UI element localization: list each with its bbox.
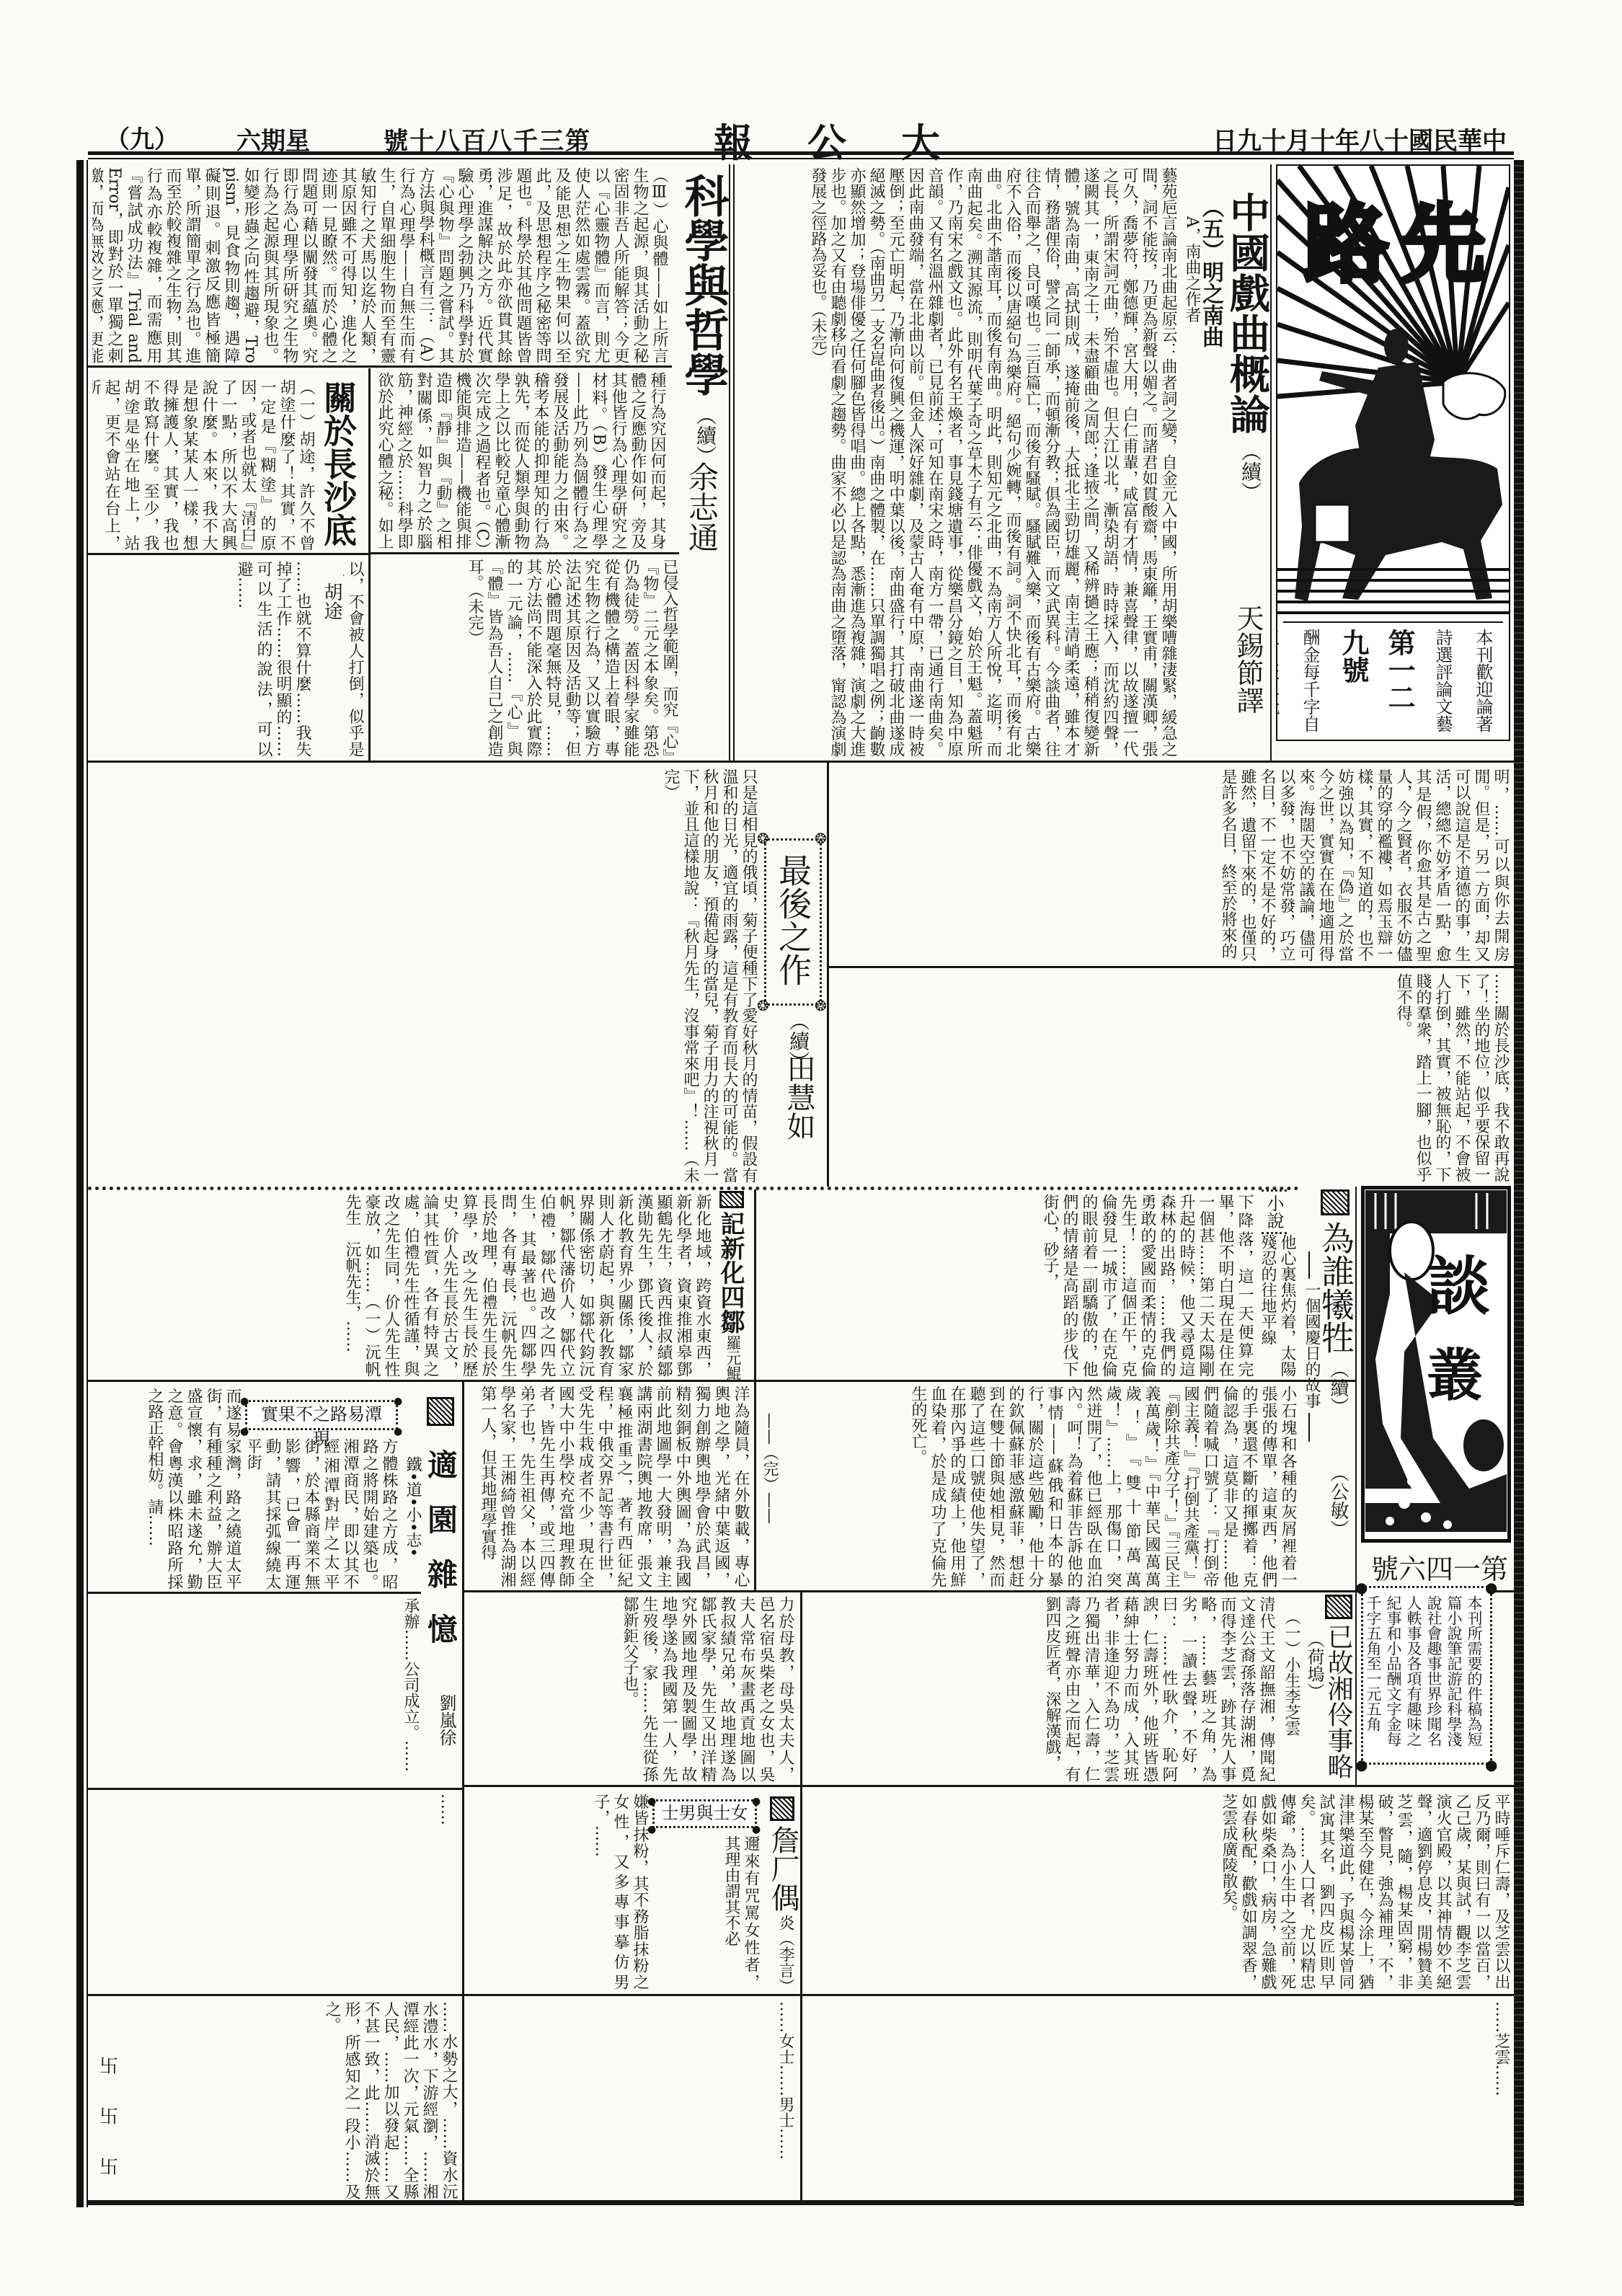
gear-corner-icon: ❂ xyxy=(815,831,827,846)
column-rule xyxy=(368,368,371,761)
shiyuan-body-c: 承辦……公司成立。…… xyxy=(92,1597,420,1783)
dot-corner-icon: ● xyxy=(1485,1580,1497,1595)
double-column-rule xyxy=(733,164,735,761)
section-rule xyxy=(463,1785,1514,1787)
section-rule xyxy=(88,1788,462,1790)
shiyuan-headline-box: 潭易路之不果實現 xyxy=(245,1400,398,1430)
dot-corner-icon: ● xyxy=(394,1424,402,1439)
ad-issue-number: 第一二九號 xyxy=(1330,629,1422,737)
ad-line: 詩選評論文藝 xyxy=(1422,629,1463,737)
swastika-ornament-icon: 卐 xyxy=(99,2052,118,2078)
swastika-ornament-icon: 卐 xyxy=(99,2102,118,2129)
zhanchang-title: 詹厂偶 xyxy=(768,1825,797,1912)
xiangling-section: （一）小生李芝雲 xyxy=(1280,1609,1303,1736)
section-rule xyxy=(369,552,679,554)
header-rule xyxy=(88,151,1514,155)
shiyuan-body-bottom: ……水勢之大，……資水沅水澧水，下游經瀏，……湘潭經此一次，元氣……全縣人民，…… xyxy=(121,2001,458,2199)
subtitle-line xyxy=(1308,1413,1310,1442)
title-ornament-icon xyxy=(1325,1595,1352,1619)
header-rule-thin xyxy=(88,158,1514,159)
tancong-title-cong: 叢 xyxy=(1427,1343,1483,1409)
dot-corner-icon: ● xyxy=(752,1794,761,1809)
xiangling-title: 已故湘伶事略 xyxy=(1325,1623,1351,1779)
xiangling-body-bottom: ……芝雲…… xyxy=(806,2001,1511,2199)
title-ornament-icon xyxy=(719,1191,744,1208)
title-ornament-icon xyxy=(770,1796,794,1821)
swastika-ornament-icon: 卐 xyxy=(99,2153,118,2179)
fiction-label: 小說 xyxy=(1262,1189,1287,1234)
xiangling-body: 清代王文韶撫湘，傳聞紀文達公裔孫落存湖湘，覓而得李芝雲，跡其先人事略，……藝班之… xyxy=(806,1596,1276,1782)
zhanchang-author: 炎（李言） xyxy=(774,1915,797,1994)
sizou-title: 記新化四鄒 xyxy=(718,1211,743,1334)
gear-corner-icon: ❂ xyxy=(815,998,827,1013)
subtitle-line xyxy=(1308,1251,1310,1279)
xianlu-advertisement: 路 先 本刊歡迎論著 詩選評論文藝 第一二九號 酬金每千字自 五角至二元 xyxy=(1276,164,1510,741)
dot-corner-icon: ● xyxy=(394,1394,402,1409)
masthead-char-bao: 報 xyxy=(714,112,753,168)
column-rule xyxy=(827,763,829,1187)
shiyuan-subtitle: 鐵•道•小•志• xyxy=(404,1456,421,1557)
column-rule xyxy=(754,1189,756,1590)
page-bottom-rule xyxy=(88,2200,1514,2205)
zuihou-author: 田慧如 xyxy=(779,1054,820,1140)
changsha-author: 胡途 xyxy=(319,582,345,620)
weishui-lead: 他心裏焦灼着，太陽殘忍的往地平線 xyxy=(1258,1234,1297,1377)
zuihou-title-box: 最後之作 xyxy=(764,838,822,1006)
zuihou-body: 只是這相見的俄頃，菊子便種下了愛好秋月的情苗，假設有溫和的日光，適宜的雨露，這是… xyxy=(92,768,758,1183)
kexue-body-lower-a: 種行為究因何而起，其身體之反應動作如何，旁及其他皆行為心理學研究之材料。（B）發… xyxy=(375,372,667,549)
decorative-dotted-rule xyxy=(88,1187,1299,1190)
band-rule xyxy=(88,761,1514,763)
sizou-body-upper: 新化地域，跨資水東西，新化學者，資東推湘皋鄧顯鶴先生，資西推叔績鄒漢勛先生，鄧氏… xyxy=(92,1194,712,1377)
gear-corner-icon: ❂ xyxy=(757,831,769,846)
xiqu-body: 藝苑巵言論南北曲起原云：曲者詞之變，自金元入中國，所用胡樂嘈雜淒緊，緩急之間，詞… xyxy=(743,167,1178,757)
kexue-author: 余志通 xyxy=(686,461,717,552)
column-rule xyxy=(462,1382,464,2202)
kexue-body-lower-b: 已侵入哲學範圍，而究『心』『物』二元之本象矣。第恐仍為徒勞。蓋因科學家雖能從有機… xyxy=(376,559,679,757)
shiyuan-body-a: 方體株路之方成，昭路之將開始建築也。湘潭商民，即以其不經湘潭對岸之太平街，於本縣… xyxy=(249,1438,399,1590)
shiyuan-author: 劉嵐徐 xyxy=(434,1694,459,1746)
ad-line: 本刊歡迎論著 xyxy=(1463,629,1503,737)
section-rule xyxy=(88,1380,1355,1382)
weishui-author: （公敏） xyxy=(1325,1463,1352,1538)
column-rule xyxy=(800,1592,802,2202)
horseman-illustration: 路 先 xyxy=(1277,166,1509,616)
xiqu-title: 中國戲曲概論 xyxy=(1227,192,1267,434)
page-right-border xyxy=(1514,160,1524,2206)
masthead-char-da: 大 xyxy=(901,112,940,168)
xianlu-title-xian: 先 xyxy=(1401,194,1486,294)
xiangling-author: （荷塢） xyxy=(1302,1631,1327,1700)
xiangling-body-continued: 平時唾斥仁壽，及芝雲以出反乃爾，則曰有一以當百，乙己歲，某與試，觀李芝雲演火官殿… xyxy=(806,1794,1511,1990)
submission-notice-box: 本刊所需要的件稿為短 篇小說筆記游記科學淺 說社會趣事世界珍聞名 人軼事及各項有… xyxy=(1361,1586,1492,1765)
tancong-title-tan: 談 xyxy=(1427,1249,1490,1324)
notice-column: 千字五角至一元五角 xyxy=(1363,1595,1383,1755)
changsha-body-lower: ……也就不算什麼……我失掉了工作……很明顯的……可以生活的說法，可以避…… xyxy=(92,561,312,757)
page-left-border-thin xyxy=(87,160,88,2207)
shiyuan-body-d: …… xyxy=(92,1794,456,1992)
notice-column: 說社會趣事世界珍聞名 xyxy=(1424,1595,1444,1755)
shiyuan-title: 適園雜憶 xyxy=(425,1449,456,1668)
section-rule xyxy=(88,365,672,368)
band-rule xyxy=(88,1994,1514,1996)
section-rule xyxy=(88,1592,421,1594)
xianlu-title-lu: 路 xyxy=(1303,194,1388,294)
zhanchang-headline-box: 女士與男士 xyxy=(652,1799,757,1828)
notice-column: 人軼事及各項有趣味之 xyxy=(1404,1595,1424,1755)
column-rule xyxy=(1355,1187,1357,1590)
notice-column: 本刊所需要的件稿為短 xyxy=(1464,1595,1484,1755)
masthead-char-gong: 公 xyxy=(807,112,846,168)
section-rule xyxy=(88,553,369,555)
dot-corner-icon: ● xyxy=(1355,1758,1368,1772)
page-number: （九） xyxy=(105,120,179,155)
weishui-body-upper: 下降落，這一天便算完畢，他不明白現在是住在一個甚……第二天太陽剛升起的時候，他又… xyxy=(757,1194,1254,1377)
kexue-title: 科學與哲學 xyxy=(681,173,725,396)
zuihou-title: 最後之作 xyxy=(776,854,810,986)
weishui-serial: （續） xyxy=(1325,1360,1352,1416)
ad-line: 酬金每千字自 xyxy=(1290,629,1330,737)
dot-corner-icon: ● xyxy=(1485,1758,1497,1772)
changsha-body-lower-first: 以，不會被人打倒，似乎是人 xyxy=(343,561,365,757)
zhanchang-body-b: 嫌皆抹粉，其不務脂抹粉之女性，又多專事摹仿男子，…… xyxy=(474,1794,650,1990)
gear-corner-icon: ❂ xyxy=(757,998,769,1013)
changsha-continued-lower: ……關於長沙底，我不敢再說了！坐的地位，似乎要保留一下，雖然，不能站起，不會被人… xyxy=(836,973,1510,1182)
title-ornament-icon xyxy=(1321,1189,1350,1215)
kexue-body-upper: （Ⅲ）心與體——如上所言生物之起源，與其活動之秘密固非吾人所能解答；今更以『心靈… xyxy=(92,167,669,363)
zhanchang-body-a: 邇來有咒罵女性者，其理由謂其不必 xyxy=(652,1835,761,1990)
section-rule xyxy=(829,966,1514,968)
notice-column: 篇小說筆記游記科學淺 xyxy=(1444,1595,1464,1755)
xiqu-subsection-heading: A，南曲之作者 xyxy=(1181,216,1203,323)
weishui-end-mark: ——（完）—— xyxy=(758,1413,781,1524)
weishui-subtitle: 一個國慶日的故事 xyxy=(1300,1282,1323,1409)
changsha-continued-upper: 明，……可以與你去開房閒。但是，另一方面，却又可以說這是不道德的事，生活，總總不… xyxy=(836,768,1510,962)
changsha-body-upper: （一）胡途，許久不曾胡塗什麼了！其實，不一定是『糊塗』的原因，或者也就太『清白』… xyxy=(92,379,316,551)
xiqu-serial: （續） xyxy=(1236,441,1264,502)
kexue-serial: （續） xyxy=(691,405,719,466)
zhanchang-body-bottom: ……女士……男士…… xyxy=(474,2001,795,2199)
notice-column: 紀事和小品酬文字金每 xyxy=(1383,1595,1404,1755)
changsha-title: 關於長沙底 xyxy=(322,381,355,546)
sizou-body-lower: 洋為隨員，在外數載，專心輿地之學，光緒中葉返國，獨力創辦輿地學會於武昌，精刻銅板… xyxy=(474,1386,750,1587)
dot-corner-icon: ● xyxy=(1355,1580,1368,1595)
weishui-title: 為誰犧牲 xyxy=(1319,1221,1352,1354)
xiqu-author: 天錫節譯 xyxy=(1234,604,1262,714)
shiyuan-body-b: 而遂易家灣，路之繞道太平街，有種種之利益，辦大臣盛宣懷，求，雖未遂允，勤之意。會… xyxy=(92,1388,242,1590)
page-left-border xyxy=(76,160,84,2207)
weishui-body-lower: 小石塊和各種的灰屑裡着一張張的傳單，這東西，他們的手裏還不斷的揮擲着：克倫認為，… xyxy=(780,1386,1298,1587)
ad-line: 五角至二元 xyxy=(1276,629,1290,737)
dot-corner-icon: ● xyxy=(752,1822,761,1837)
xianlu-ad-text: 本刊歡迎論著 詩選評論文藝 第一二九號 酬金每千字自 五角至二元 xyxy=(1283,621,1503,737)
sizou-author: 羅元鯤 xyxy=(722,1335,744,1380)
sizou-body-bottom: 力於母教，母吳太夫人，邑名宿吳柴老之女也，吳夫人常布灰畫禹貢地圖以教叔績兄弟，故… xyxy=(474,1596,795,1782)
tancong-illustration: 談 叢 xyxy=(1361,1186,1511,1543)
title-ornament-icon xyxy=(427,1397,454,1426)
